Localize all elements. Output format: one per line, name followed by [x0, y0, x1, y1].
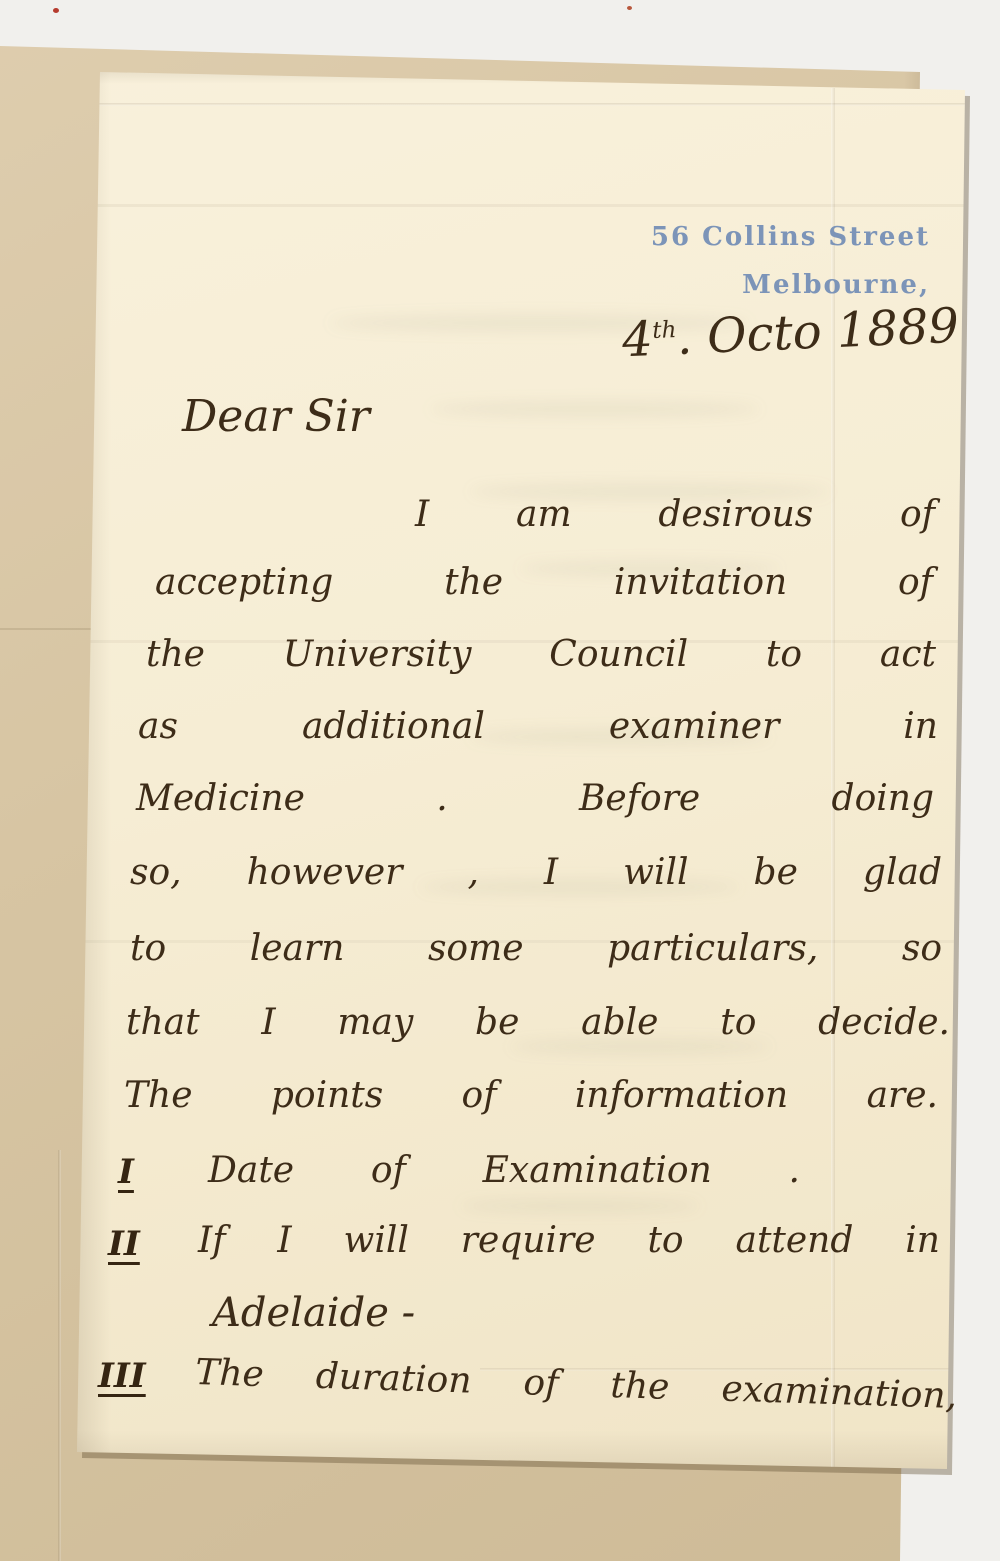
list-numeral: I	[118, 1152, 134, 1192]
list-numeral: III	[98, 1356, 146, 1396]
body-line: so, however , I will be glad	[130, 852, 942, 893]
list-text: Adelaide -	[212, 1290, 415, 1336]
scanned-letter-photo: { "colors": { "scan_background": "#f1f0e…	[0, 0, 1000, 1561]
body-line: accepting the invitation of	[155, 562, 933, 603]
list-text: The duration of the examination,	[195, 1352, 958, 1417]
date-ordinal: th	[652, 317, 677, 344]
body-line: that I may be able to decide.	[126, 1002, 950, 1043]
letterhead-address: 56 Collins Street	[630, 222, 930, 252]
date-month-year: . Octo 1889	[676, 298, 961, 366]
body-line: The points of information are.	[124, 1075, 938, 1116]
letter-ink-layer: 56 Collins Street Melbourne, 4th. Octo 1…	[0, 0, 1000, 1561]
date-line: 4th. Octo 1889	[621, 299, 960, 369]
body-line: Medicine . Before doing	[136, 778, 934, 819]
body-line: to learn some particulars, so	[130, 928, 942, 969]
body-line: as additional examiner in	[138, 706, 938, 747]
list-text: If I will require to attend in	[198, 1220, 940, 1261]
letterhead-city: Melbourne,	[630, 270, 930, 300]
list-numeral: II	[108, 1224, 140, 1264]
body-line: I am desirous of	[415, 494, 935, 535]
salutation-line: Dear Sir	[182, 392, 370, 443]
date-day: 4	[621, 311, 654, 368]
body-line: the University Council to act	[146, 634, 936, 675]
list-text: Date of Examination .	[208, 1150, 800, 1191]
